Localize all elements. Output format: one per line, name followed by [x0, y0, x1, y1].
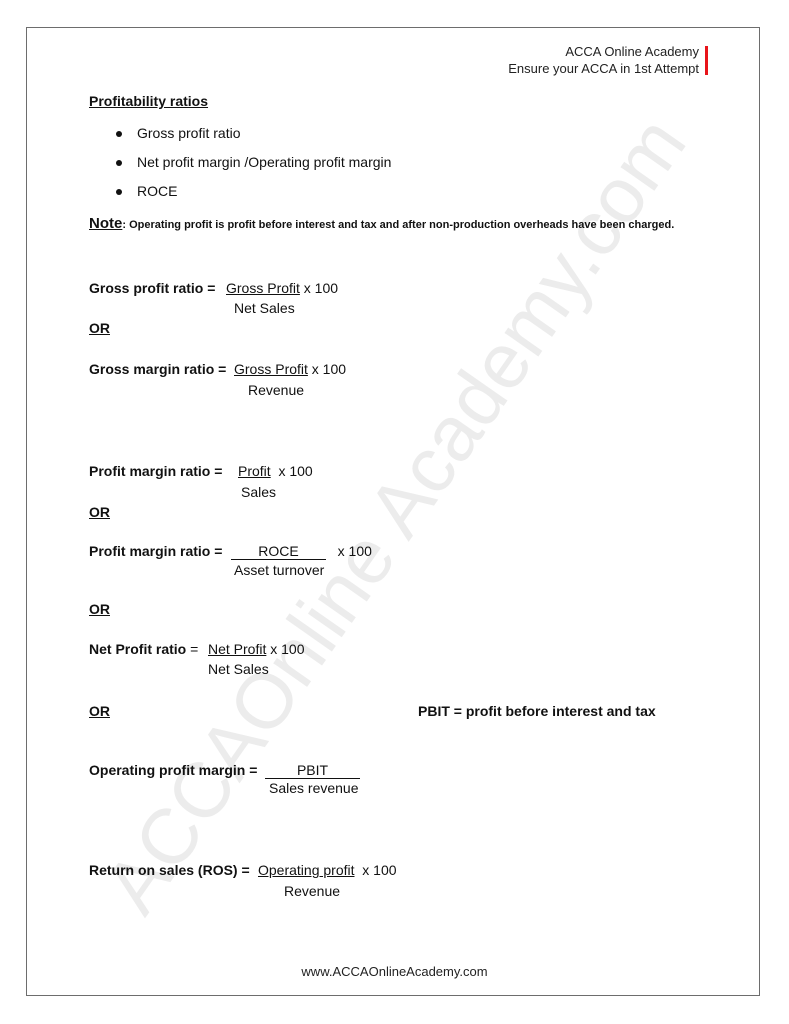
formula-label: Gross margin ratio =: [89, 361, 226, 377]
formula-numerator: PBIT: [265, 762, 360, 779]
or-label: OR: [89, 504, 110, 520]
formula-denominator: Asset turnover: [234, 562, 324, 578]
formula-numerator: Gross Profit x 100: [234, 361, 346, 377]
note-text: : Operating profit is profit before inte…: [122, 219, 674, 231]
section-title: Profitability ratios: [89, 93, 208, 109]
bullet-icon: [116, 160, 122, 166]
formula-numerator: ROCE x 100: [231, 543, 372, 560]
list-item: Net profit margin /Operating profit marg…: [116, 154, 391, 183]
bullet-icon: [116, 131, 122, 137]
or-label: OR: [89, 320, 110, 336]
list-item: ROCE: [116, 183, 391, 212]
list-item: Gross profit ratio: [116, 125, 391, 154]
formula-denominator: Revenue: [248, 382, 304, 398]
formula-denominator: Net Sales: [208, 661, 269, 677]
formula-label: Return on sales (ROS) =: [89, 862, 250, 878]
formula-numerator: Gross Profit x 100: [226, 280, 338, 296]
formula-denominator: Sales: [241, 484, 276, 500]
formula-denominator: Sales revenue: [269, 780, 359, 796]
note-label: Note: [89, 215, 122, 232]
page-header: ACCA Online Academy Ensure your ACCA in …: [508, 43, 699, 77]
header-accent-bar: [705, 46, 708, 75]
or-label: OR: [89, 703, 110, 719]
formula-denominator: Net Sales: [234, 300, 295, 316]
formula-label: Profit margin ratio =: [89, 463, 222, 479]
note: Note: Operating profit is profit before …: [89, 215, 674, 232]
header-brand: ACCA Online Academy: [508, 43, 699, 60]
formula-numerator: Profit x 100: [238, 463, 313, 479]
formula-label: Operating profit margin =: [89, 762, 257, 778]
formula-label: Gross profit ratio =: [89, 280, 215, 296]
formula-numerator: Operating profit x 100: [258, 862, 397, 878]
formula-numerator: Net Profit x 100: [208, 641, 305, 657]
formula-label: Net Profit ratio =: [89, 641, 198, 657]
bullet-list: Gross profit ratio Net profit margin /Op…: [116, 125, 391, 212]
pbit-note: PBIT = profit before interest and tax: [418, 703, 656, 719]
header-tagline: Ensure your ACCA in 1st Attempt: [508, 60, 699, 77]
footer-website: www.ACCAOnlineAcademy.com: [0, 964, 789, 979]
or-label: OR: [89, 601, 110, 617]
formula-label: Profit margin ratio =: [89, 543, 222, 559]
bullet-icon: [116, 189, 122, 195]
formula-denominator: Revenue: [284, 883, 340, 899]
